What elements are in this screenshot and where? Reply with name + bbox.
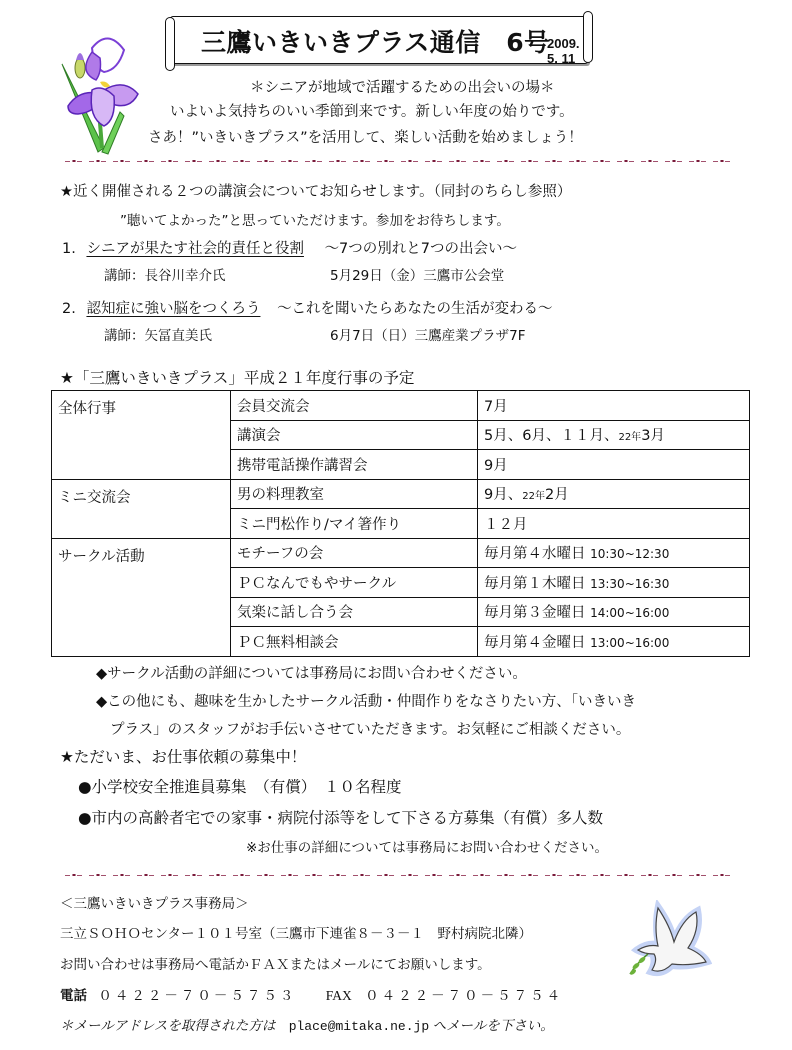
lecture-speaker: 講師：矢冨直美氏: [104, 324, 212, 344]
tagline: ＊シニアが地域で活躍するための出会いの場＊: [250, 76, 555, 97]
email-suffix: へメールを下さい。: [433, 1018, 554, 1033]
phone-label: 電話: [60, 988, 87, 1003]
lecture-title: シニアが果たす社会的責任と役割: [86, 241, 304, 257]
email-address[interactable]: place@mitaka.ne.jp: [289, 1019, 429, 1034]
lecture-speaker: 講師：長谷川幸介氏: [104, 264, 226, 284]
category-cell: ミニ交流会: [52, 479, 231, 538]
event-cell: 携帯電話操作講習会: [231, 450, 478, 480]
intro-line-1: いよいよ気持ちのいい季節到来です。新しい年度の始りです。: [170, 100, 574, 121]
lectures-heading: ★近く開催される２つの講演会についてお知らせします。（同封のちらし参照）: [60, 180, 571, 201]
schedule-heading: ★「三鷹いきいきプラス」平成２１年度行事の予定: [60, 366, 414, 388]
when-cell: 毎月第３金曜日 14:00~16:00: [478, 597, 750, 627]
when-cell: 毎月第４水曜日 10:30~12:30: [478, 538, 750, 568]
event-cell: ミニ門松作り/マイ箸作り: [231, 509, 478, 539]
lectures-subheading: ”聴いてよかった”と思っていただけます。参加をお待ちします。: [120, 209, 510, 229]
schedule-table: 全体行事 会員交流会 7月 講演会 5月、6月、１１月、22年3月 携帯電話操作…: [51, 390, 750, 657]
jobs-note: ※お仕事の詳細については事務局にお問い合わせください。: [246, 836, 608, 856]
newsletter-title: 三鷹いきいきプラス通信 6号: [201, 23, 550, 59]
schedule-note-2b: プラス」のスタッフがお手伝いさせていただきます。お気軽にご相談ください。: [110, 718, 630, 739]
lecture-title: 認知症に強い脳をつくろう: [86, 301, 260, 317]
dove-icon: [628, 900, 712, 980]
event-cell: 男の料理教室: [231, 479, 478, 509]
event-cell: 気楽に話し合う会: [231, 597, 478, 627]
iris-flower-icon: [58, 28, 150, 156]
table-row: ミニ交流会 男の料理教室 9月、22年2月: [52, 479, 750, 509]
intro-line-2: さあ！”いきいきプラス”を活用して、楽しい活動を始めましょう！: [148, 126, 583, 147]
office-phone-fax: 電話 ０４２２－７０－５７５３ FAX ０４２２－７０－５７５４: [60, 984, 563, 1004]
when-cell: 5月、6月、１１月、22年3月: [478, 420, 750, 450]
table-row: 全体行事 会員交流会 7月: [52, 391, 750, 421]
lecture-item-2: 2. 認知症に強い脳をつくろう ～これを聞いたらあなたの生活が変わる～: [62, 297, 553, 318]
phone-number: ０４２２－７０－５７５３: [98, 988, 296, 1003]
category-cell: サークル活動: [52, 538, 231, 656]
issue-date: 2009. 5. 11: [547, 36, 587, 66]
title-banner: 三鷹いきいきプラス通信 6号 2009. 5. 11: [170, 16, 588, 64]
job-item: ●小学校安全推進員募集 （有償） １０名程度: [78, 775, 402, 797]
email-prefix: ＊メールアドレスを取得された方は: [60, 1018, 275, 1033]
lecture-item-1: 1. シニアが果たす社会的責任と役割 ～7つの別れと7つの出会い～: [62, 237, 517, 258]
table-row: サークル活動 モチーフの会 毎月第４水曜日 10:30~12:30: [52, 538, 750, 568]
category-cell: 全体行事: [52, 391, 231, 480]
event-cell: 会員交流会: [231, 391, 478, 421]
lecture-number: 2.: [62, 301, 76, 317]
schedule-note-2a: ◆この他にも、趣味を生かしたサークル活動・仲間作りをなさりたい方、「いきいき: [96, 690, 636, 711]
lecture-when-where: 5月29日（金）三鷹市公会堂: [330, 264, 504, 284]
office-contact: お問い合わせは事務局へ電話かＦＡＸまたはメールにてお願いします。: [60, 953, 491, 973]
event-cell: 講演会: [231, 420, 478, 450]
when-cell: 9月、22年2月: [478, 479, 750, 509]
when-cell: 7月: [478, 391, 750, 421]
lecture-subtitle: ～7つの別れと7つの出会い～: [325, 241, 517, 257]
job-item: ●市内の高齢者宅での家事・病院付添等をして下さる方募集（有償）多人数: [78, 806, 603, 828]
when-cell: 毎月第４金曜日 13:00~16:00: [478, 627, 750, 657]
when-cell: 毎月第１木曜日 13:30~16:30: [478, 568, 750, 598]
office-email-line: ＊メールアドレスを取得された方は place@mitaka.ne.jp へメール…: [60, 1014, 554, 1034]
lecture-subtitle: ～これを聞いたらあなたの生活が変わる～: [277, 301, 553, 317]
office-address: 三立ＳＯＨＯセンター１０１号室（三鷹市下連雀８－３－１ 野村病院北隣）: [60, 922, 532, 942]
event-cell: ＰＣ無料相談会: [231, 627, 478, 657]
when-cell: １２月: [478, 509, 750, 539]
schedule-note-1: ◆サークル活動の詳細については事務局にお問い合わせください。: [96, 662, 527, 683]
when-cell: 9月: [478, 450, 750, 480]
event-cell: モチーフの会: [231, 538, 478, 568]
lecture-when-where: 6月7日（日）三鷹産業プラザ7F: [330, 324, 526, 344]
lecture-number: 1.: [62, 241, 76, 257]
fax-number: ０４２２－７０－５７５４: [365, 988, 563, 1003]
event-cell: ＰＣなんでもやサークル: [231, 568, 478, 598]
jobs-heading: ★ただいま、お仕事依頼の募集中！: [60, 745, 306, 767]
fax-label: FAX: [326, 988, 352, 1003]
divider-bottom: [62, 874, 732, 876]
office-heading: ＜三鷹いきいきプラス事務局＞: [60, 892, 249, 912]
scroll-curl-left: [165, 17, 175, 71]
divider-top: [62, 160, 732, 162]
